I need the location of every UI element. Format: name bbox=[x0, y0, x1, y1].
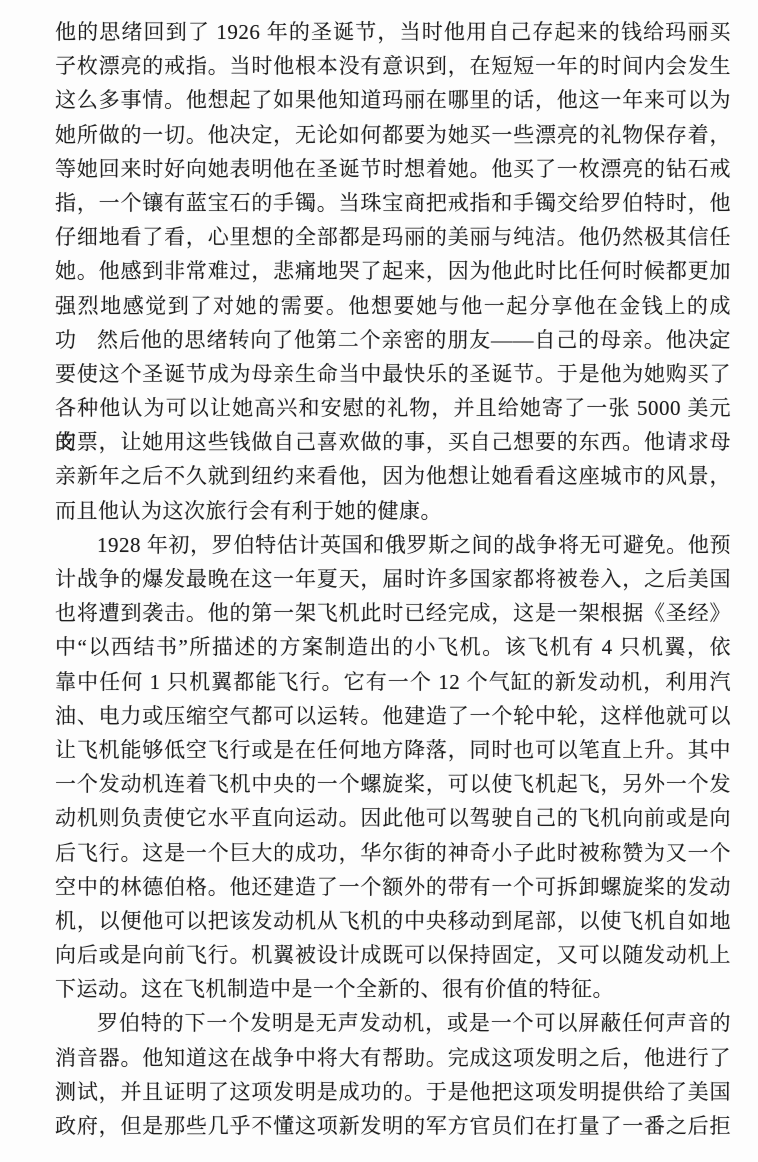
text-line: 然后他的思绪转向了他第二个亲密的朋友——自己的母亲。他决定 bbox=[55, 323, 731, 357]
text-line: 支票，让她用这些钱做自己喜欢做的事，买自己想要的东西。他请求母 bbox=[55, 425, 731, 459]
text-line: 各种他认为可以让她高兴和安慰的礼物，并且给她寄了一张 5000 美元的 bbox=[55, 391, 731, 425]
text-line: 罗伯特的下一个发明是无声发动机，或是一个可以屏蔽任何声音的 bbox=[55, 1006, 731, 1040]
text-line: 靠中任何 1 只机翼都能飞行。它有一个 12 个气缸的新发动机，利用汽 bbox=[55, 665, 731, 699]
text-line: 下运动。这在飞机制造中是一个全新的、很有价值的特征。 bbox=[55, 972, 731, 1006]
paragraph: 1928 年初，罗伯特估计英国和俄罗斯之间的战争将无可避免。他预计战争的爆发最晚… bbox=[55, 528, 731, 1007]
text-line: 她所做的一切。他决定，无论如何都要为她买一些漂亮的礼物保存着， bbox=[55, 118, 731, 152]
text-line: 政府，但是那些几乎不懂这项新发明的军方官员们在打量了一番之后拒 bbox=[55, 1109, 731, 1143]
paragraph: 然后他的思绪转向了他第二个亲密的朋友——自己的母亲。他决定要使这个圣诞节成为母亲… bbox=[55, 323, 731, 528]
text-line: 这么多事情。他想起了如果他知道玛丽在哪里的话，他这一年来可以为 bbox=[55, 83, 731, 117]
text-line: 测试，并且证明了这项发明是成功的。于是他把这项发明提供给了美国 bbox=[55, 1075, 731, 1109]
text-line: 仔细地看了看，心里想的全部都是玛丽的美丽与纯洁。他仍然极其信任 bbox=[55, 220, 731, 254]
text-line: 消音器。他知道这在战争中将大有帮助。完成这项发明之后，他进行了 bbox=[55, 1041, 731, 1075]
text-line: 而且他认为这次旅行会有利于她的健康。 bbox=[55, 494, 731, 528]
text-line: 要使这个圣诞节成为母亲生命当中最快乐的圣诞节。于是他为她购买了 bbox=[55, 357, 731, 391]
text-line: 指，一个镶有蓝宝石的手镯。当珠宝商把戒指和手镯交给罗伯特时，他 bbox=[55, 186, 731, 220]
text-line: 一枚漂亮的戒指。当时他根本没有意识到，在短短一年的时间内会发生 bbox=[55, 49, 731, 83]
paragraph: 罗伯特的下一个发明是无声发动机，或是一个可以屏蔽任何声音的消音器。他知道这在战争… bbox=[55, 1006, 731, 1143]
body-text: 他的思绪回到了 1926 年的圣诞节，当时他用自己存起来的钱给玛丽买了一枚漂亮的… bbox=[55, 15, 731, 1143]
text-line: 动机则负责使它水平直向运动。因此他可以驾驶自己的飞机向前或是向 bbox=[55, 801, 731, 835]
text-line: 他的思绪回到了 1926 年的圣诞节，当时他用自己存起来的钱给玛丽买了 bbox=[55, 15, 731, 49]
text-line: 向后或是向前飞行。机翼被设计成既可以保持固定，又可以随发动机上 bbox=[55, 938, 731, 972]
text-line: 让飞机能够低空飞行或是在任何地方降落，同时也可以笔直上升。其中 bbox=[55, 733, 731, 767]
text-line: 强烈地感觉到了对她的需要。他想要她与他一起分享他在金钱上的成功。 bbox=[55, 289, 731, 323]
text-line: 亲新年之后不久就到纽约来看他，因为他想让她看看这座城市的风景， bbox=[55, 459, 731, 493]
text-line: 后飞行。这是一个巨大的成功，华尔街的神奇小子此时被称赞为又一个 bbox=[55, 836, 731, 870]
paragraph: 他的思绪回到了 1926 年的圣诞节，当时他用自己存起来的钱给玛丽买了一枚漂亮的… bbox=[55, 15, 731, 323]
text-line: 中“以西结书”所描述的方案制造出的小飞机。该飞机有 4 只机翼，依 bbox=[55, 630, 731, 664]
text-line: 1928 年初，罗伯特估计英国和俄罗斯之间的战争将无可避免。他预 bbox=[55, 528, 731, 562]
text-line: 她。他感到非常难过，悲痛地哭了起来，因为他此时比任何时候都更加 bbox=[55, 254, 731, 288]
document-page: 他的思绪回到了 1926 年的圣诞节，当时他用自己存起来的钱给玛丽买了一枚漂亮的… bbox=[0, 0, 758, 1162]
text-line: 也将遭到袭击。他的第一架飞机此时已经完成，这是一架根据《圣经》 bbox=[55, 596, 731, 630]
text-line: 油、电力或压缩空气都可以运转。他建造了一个轮中轮，这样他就可以 bbox=[55, 699, 731, 733]
text-line: 一个发动机连着飞机中央的一个螺旋桨，可以使飞机起飞，另外一个发 bbox=[55, 767, 731, 801]
text-line: 机，以便他可以把该发动机从飞机的中央移动到尾部，以使飞机自如地 bbox=[55, 904, 731, 938]
text-line: 计战争的爆发最晚在这一年夏天，届时许多国家都将被卷入，之后美国 bbox=[55, 562, 731, 596]
text-line: 等她回来时好向她表明他在圣诞节时想着她。他买了一枚漂亮的钻石戒 bbox=[55, 152, 731, 186]
text-line: 空中的林德伯格。他还建造了一个额外的带有一个可拆卸螺旋桨的发动 bbox=[55, 870, 731, 904]
